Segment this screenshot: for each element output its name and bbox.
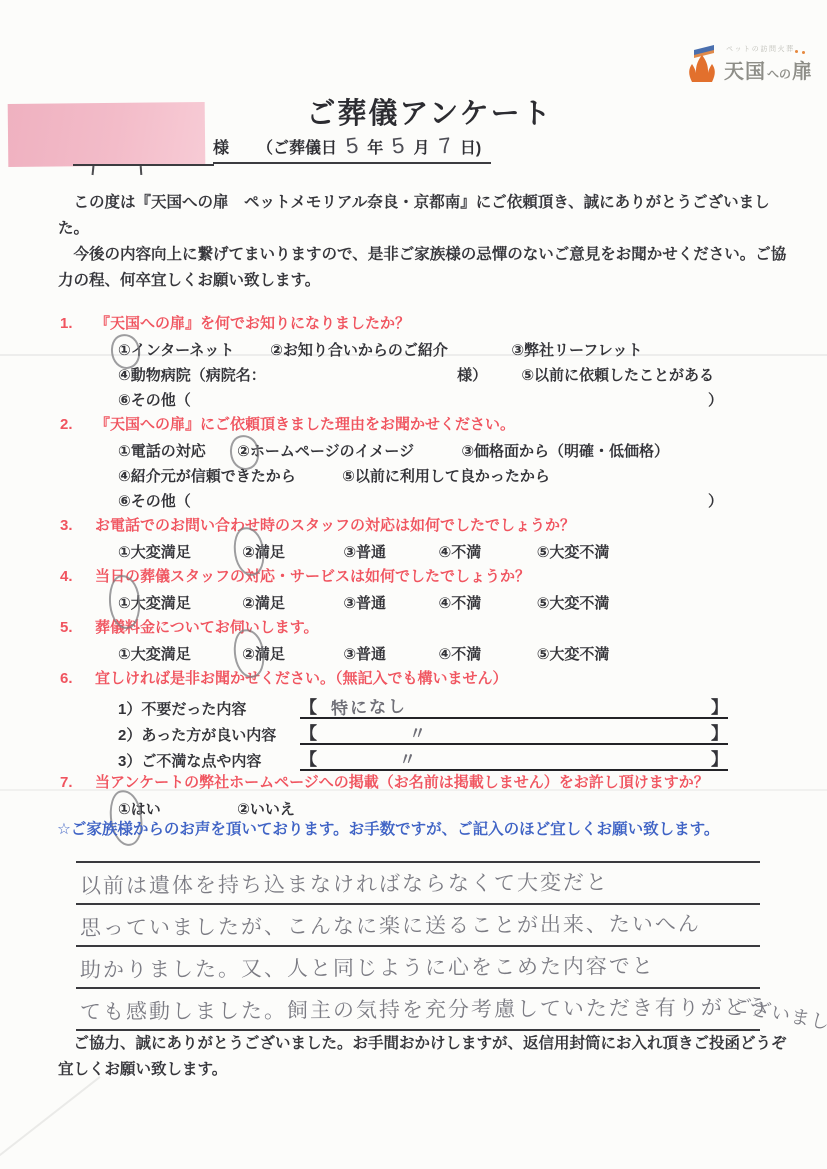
q6-item-3-answer-line: 【 〃 】 bbox=[300, 750, 728, 771]
q2-option-4: ④紹介元が信頼できたから bbox=[118, 464, 338, 489]
q1-option-1-selected: ①インターネット bbox=[118, 338, 266, 363]
intro-paragraph-2: 今後の内容向上に繋げてまいりますので、是非ご家族様の忌憚のないご意見をお聞かせく… bbox=[58, 242, 798, 294]
question-7-number: 7. bbox=[60, 772, 95, 794]
comment-line: ても感動しました。飼主の気持を充分考慮していただき有りがとう bbox=[76, 989, 760, 1031]
q2-option-2-selected: ②ホームページのイメージ bbox=[237, 439, 457, 464]
q3-option-2-selected: ②満足 bbox=[242, 540, 339, 565]
question-3: 3. お電話でのお問い合わせ時のスタッフの対応は如何でしたでしょうか？ ①大変満… bbox=[60, 515, 796, 565]
question-2-title: 『天国への扉』にご依頼頂きました理由をお聞かせください。 bbox=[95, 414, 515, 436]
question-5-title: 葬儀料金についてお伺いします。 bbox=[95, 617, 319, 639]
q3-option-4: ④不満 bbox=[439, 540, 533, 565]
q6-item-3-label: 3）ご不満な点や内容 bbox=[118, 750, 300, 771]
bracket-close: 】 bbox=[711, 698, 728, 717]
handwritten-year-value: 5 bbox=[344, 132, 359, 159]
question-6: 6. 宜しければ是非お聞かせください。（無記入でも構いません） 1）不要だった内… bbox=[60, 668, 796, 771]
q2-option-6-close: ） bbox=[708, 489, 723, 514]
bracket-open: 【 bbox=[300, 750, 317, 769]
q5-option-1: ①大変満足 bbox=[118, 642, 238, 667]
question-1: 1. 『天国への扉』を何でお知りになりましたか？ ①インターネット ②お知り合い… bbox=[60, 313, 796, 413]
q6-item-2-answer-line: 【 〃 】 bbox=[300, 724, 728, 745]
q3-option-3: ③普通 bbox=[343, 540, 434, 565]
family-comment-area: 以前は遺体を持ち込まなければならなくて大変だと 思っていましたが、こんなに楽に送… bbox=[76, 861, 760, 1031]
bracket-close: 】 bbox=[711, 724, 728, 743]
question-4: 4. 当日の葬儀スタッフの対応・サービスは如何でしたでしょうか？ ①大変満足 ②… bbox=[60, 566, 796, 616]
question-1-title: 『天国への扉』を何でお知りになりましたか？ bbox=[95, 313, 410, 335]
question-5: 5. 葬儀料金についてお伺いします。 ①大変満足 ②満足 ③普通 ④不満 ⑤大変… bbox=[60, 617, 796, 667]
handwritten-comment-1: 以前は遺体を持ち込まなければならなくて大変だと bbox=[80, 866, 609, 900]
closing-text: ご協力、誠にありがとうございました。お手間おかけしますが、返信用封筒にお入れ頂き… bbox=[58, 1031, 800, 1082]
question-7: 7. 当アンケートの弊社ホームページへの掲載（お名前は掲載しません）をお許し頂け… bbox=[60, 772, 796, 822]
q6-item-2-label: 2）あった方が良い内容 bbox=[118, 724, 300, 745]
year-unit-label: 年 bbox=[367, 135, 383, 158]
scan-crease-line bbox=[0, 1076, 101, 1169]
funeral-date-label: （ご葬儀日 bbox=[257, 135, 337, 158]
honorific-label: 様 bbox=[213, 135, 229, 158]
q3-option-1: ①大変満足 bbox=[118, 540, 238, 565]
question-7-title: 当アンケートの弊社ホームページへの掲載（お名前は掲載しません）をお許し頂けますか… bbox=[95, 772, 709, 794]
q1-option-4-suffix: 様） bbox=[457, 363, 517, 388]
question-2-number: 2. bbox=[60, 414, 95, 436]
q6-item-1: 1）不要だった内容 【 特になし 】 bbox=[60, 693, 796, 719]
q2-option-6: ⑥その他（ bbox=[118, 489, 191, 514]
q6-item-2-handwritten-value: 〃 bbox=[409, 724, 429, 744]
q6-item-3-handwritten-value: 〃 bbox=[399, 750, 419, 770]
q6-item-1-label: 1）不要だった内容 bbox=[118, 698, 300, 719]
scanned-survey-page: ペットの訪問火葬 天国 への 扉 ご葬儀アンケート 様 （ご葬儀日 5 年 5 … bbox=[0, 0, 827, 1169]
q4-option-4: ④不満 bbox=[439, 591, 533, 616]
comment-line: 助かりました。又、人と同じように心をこめた内容でと bbox=[76, 947, 760, 989]
q4-option-2: ②満足 bbox=[242, 591, 339, 616]
name-redaction-box bbox=[8, 102, 206, 167]
q1-option-3: ③弊社リーフレット bbox=[511, 338, 642, 363]
day-unit-label: 日) bbox=[460, 135, 481, 158]
funeral-date-line: 様 （ご葬儀日 5 年 5 月 7 日) bbox=[213, 133, 491, 164]
q5-option-5: ⑤大変不満 bbox=[537, 642, 610, 667]
month-unit-label: 月 bbox=[414, 135, 430, 158]
q4-option-5: ⑤大変不満 bbox=[537, 591, 610, 616]
comment-line: 以前は遺体を持ち込まなければならなくて大変だと bbox=[76, 861, 760, 905]
question-4-number: 4. bbox=[60, 566, 95, 588]
bracket-open: 【 bbox=[300, 724, 317, 743]
q5-option-4: ④不満 bbox=[439, 642, 533, 667]
bracket-open: 【 bbox=[300, 698, 317, 717]
q1-option-4: ④動物病院（病院名： bbox=[118, 363, 453, 388]
question-1-number: 1. bbox=[60, 313, 95, 335]
intro-paragraph-1: この度は『天国への扉 ペットメモリアル奈良・京都南』にご依頼頂き、誠にありがとう… bbox=[58, 190, 798, 242]
handwriting-mark bbox=[140, 166, 143, 175]
crown-flame-flag-icon bbox=[687, 45, 717, 83]
question-list: 1. 『天国への扉』を何でお知りになりましたか？ ①インターネット ②お知り合い… bbox=[60, 313, 796, 823]
q1-option-6-close: ） bbox=[708, 388, 723, 413]
question-5-number: 5. bbox=[60, 617, 95, 639]
page-title: ご葬儀アンケート bbox=[306, 91, 552, 132]
brand-name: 天国 への 扉 bbox=[724, 55, 813, 84]
brand-name-main: 天国 bbox=[724, 55, 766, 84]
q5-option-2-selected: ②満足 bbox=[242, 642, 339, 667]
bracket-close: 】 bbox=[711, 750, 728, 769]
q2-option-5: ⑤以前に利用して良かったから bbox=[342, 464, 550, 489]
brand-name-mid: への bbox=[767, 65, 791, 82]
question-6-number: 6. bbox=[60, 668, 95, 690]
handwritten-comment-4: ても感動しました。飼主の気持を充分考慮していただき有りがとう bbox=[80, 991, 770, 1026]
q6-item-1-answer-line: 【 特になし 】 bbox=[300, 698, 728, 719]
q6-item-3: 3）ご不満な点や内容 【 〃 】 bbox=[60, 745, 796, 771]
question-3-number: 3. bbox=[60, 515, 95, 537]
handwritten-comment-2: 思っていましたが、こんなに楽に送ることが出来、たいへん bbox=[80, 908, 701, 942]
q1-option-5: ⑤以前に依頼したことがある bbox=[521, 363, 714, 388]
brand-tagline: ペットの訪問火葬 bbox=[726, 44, 813, 54]
comment-line: 思っていましたが、こんなに楽に送ることが出来、たいへん bbox=[76, 905, 760, 947]
q1-option-6: ⑥その他（ bbox=[118, 388, 191, 413]
q4-option-1-selected: ①大変満足 bbox=[118, 591, 238, 616]
question-4-title: 当日の葬儀スタッフの対応・サービスは如何でしたでしょうか？ bbox=[95, 566, 530, 588]
brand-logo: ペットの訪問火葬 天国 への 扉 bbox=[687, 42, 813, 84]
brand-name-last: 扉 bbox=[792, 55, 813, 84]
handwritten-comment-3: 助かりました。又、人と同じように心をこめた内容でと bbox=[80, 950, 655, 984]
question-3-title: お電話でのお問い合わせ時のスタッフの対応は如何でしたでしょうか？ bbox=[95, 515, 575, 537]
q4-option-3: ③普通 bbox=[343, 591, 434, 616]
q2-option-3: ③価格面から（明確・低価格） bbox=[461, 439, 669, 464]
question-6-title: 宜しければ是非お聞かせください。（無記入でも構いません） bbox=[95, 668, 508, 690]
q1-option-2: ②お知り合いからのご紹介 bbox=[270, 338, 507, 363]
handwritten-month-value: 5 bbox=[391, 132, 406, 159]
handwritten-day-value: 7 bbox=[437, 132, 452, 159]
family-voice-note: ☆ご家族様からのお声を頂いております。お手数ですが、ご記入のほど宜しくお願い致し… bbox=[57, 817, 719, 839]
q6-item-2: 2）あった方が良い内容 【 〃 】 bbox=[60, 719, 796, 745]
q5-option-3: ③普通 bbox=[343, 642, 434, 667]
q2-option-1: ①電話の対応 bbox=[118, 439, 233, 464]
q6-item-1-handwritten-value: 特になし bbox=[331, 697, 408, 719]
question-2: 2. 『天国への扉』にご依頼頂きました理由をお聞かせください。 ①電話の対応 ②… bbox=[60, 414, 796, 514]
intro-text: この度は『天国への扉 ペットメモリアル奈良・京都南』にご依頼頂き、誠にありがとう… bbox=[58, 190, 798, 294]
q3-option-5: ⑤大変不満 bbox=[537, 540, 610, 565]
handwriting-mark bbox=[92, 166, 95, 175]
